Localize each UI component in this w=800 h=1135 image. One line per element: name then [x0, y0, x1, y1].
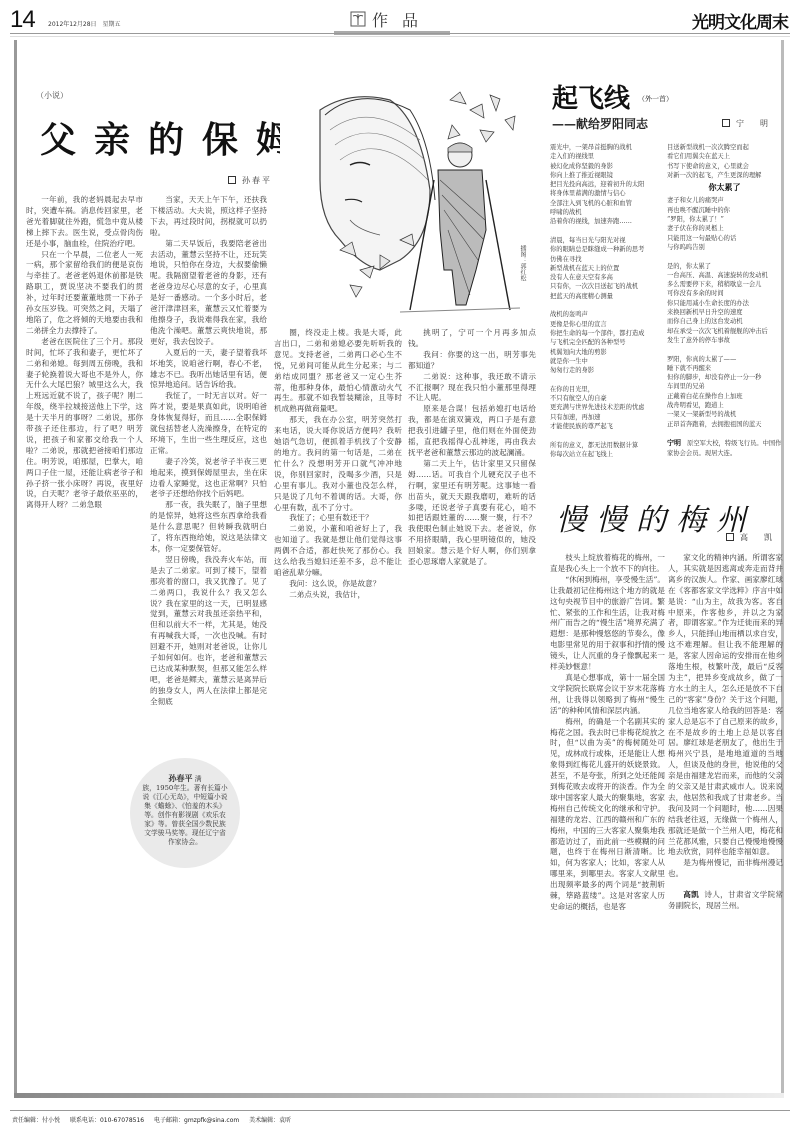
paragraph: 妻子冷笑，说老爷子半夜三更地起来，摸到保姆屋里去，坐在床边看人家睡觉，这也正常啊…	[150, 457, 267, 501]
poem-stanza: 在你的目光里， 不只有航空人的自豪 更充满与世界先进技术差距的忧虑 只有加速，再…	[550, 385, 665, 431]
poem-line: 没有人在意天空有多高	[550, 273, 665, 282]
poem-line: 发生了意外的停车事故	[667, 336, 782, 345]
poem-line: 妻子伏在你的灵柩上	[667, 224, 782, 233]
poem-line: 战舟明看见，跑道上	[667, 401, 782, 410]
section-title: 作品	[372, 8, 432, 31]
paragraph: 圈，终没走上楼。我是大哥，此言出口，二弟和弟媳必要先听听我的意见。支持老爸，二弟…	[274, 328, 402, 415]
poem-line: 车间里的兄弟	[667, 382, 782, 391]
poem-stanza: 所有的意义，都无法用数据计算 你每次站立在起飞线上	[550, 441, 665, 460]
poem-bio-name: 宁明	[667, 438, 681, 447]
story-author: 孙春平	[242, 176, 272, 185]
poem-stanza: 战机的轰鸣声 更像是你心里的宣言 你把生命的每一个部件，都打造成 与飞机完全匹配…	[550, 310, 665, 375]
paragraph: 我怔了，一时无言以对。好一阵才说，要是果真如此，说明咱爸身体恢复得好，而且……全…	[150, 391, 267, 456]
illustration-credit: 插图：郭红松	[518, 245, 527, 281]
paragraph: 原来是合谋！包括弟媳打电话给我，都是在演双簧戏，两口子是有意把我引进罐子里，他们…	[408, 404, 536, 459]
page-footer: 责任编辑：付小悦 联系电话：010-67078516 电子邮箱：gmzpfk@s…	[12, 1115, 299, 1124]
header-divider-light	[10, 36, 790, 37]
poem-line: 把蓝天的高度精心测量	[550, 292, 665, 301]
poem-line: 更充满与世界先进技术差距的忧虑	[550, 403, 665, 412]
newspaper-name: 光明文化周末	[692, 8, 788, 33]
essay-author: 高 凯	[740, 533, 776, 542]
poem-author: 宁 明	[736, 119, 772, 128]
poem-line: 你只能用减小生命长度的办法	[667, 299, 782, 308]
poem-column-right: 目送新型战机一次次腾空而起 看它们用翼尖在蓝天上 书写下使命的意义，心里就会 对…	[667, 143, 782, 458]
essay-bio-name: 高凯	[683, 890, 699, 899]
poem-stanza: 震光中，一架昂首挺胸的战机 走入们的视线里 被幻化成你坚毅的身影 你向上推了推近…	[550, 143, 665, 227]
poem-line: 将身体里蓄满的激情与信心	[550, 189, 665, 198]
poem-line: 对新一次的起飞，产生更深的理解	[667, 171, 782, 180]
book-logo-icon	[350, 10, 366, 28]
story-column-1: 一年前，我的老妈晨起去早市时，突遭车祸。消息传回家里，老爸光着脚就往外跑，慌急中…	[26, 195, 143, 1075]
poem-line: 在你的目光里，	[550, 385, 665, 394]
poem-line: 罗阳，你真的太累了——	[667, 355, 782, 364]
frame-bottom-bar	[14, 1093, 784, 1098]
byline-box-icon	[228, 176, 236, 184]
poem-line: 只能用这一句最贴心的话	[667, 234, 782, 243]
story-column-4: 挑明了，宁可一个月再多加点钱。 我问：你要的这一出，明芳事先都知道？ 二弟说：这…	[408, 328, 536, 1075]
poem-line: 你向上推了推近视眼镜	[550, 171, 665, 180]
story-genre: （小说）	[36, 90, 68, 101]
poem-line: 与你呜呜告别	[667, 243, 782, 252]
poem-line: 就是你一生中	[550, 357, 665, 366]
poem-line: “罗阳，你太累了！”	[667, 215, 782, 224]
poem-line: 你的眼睛总是眯缝成一种新的思考	[550, 245, 665, 254]
paragraph: 我怔了；心里有数还干？	[274, 513, 402, 524]
poem-line: 妻子和女儿的痛哭声	[667, 196, 782, 205]
poem-stanza: 罗阳，你真的太累了—— 睡下就不再醒来 但你的脚步，却没有停止一分一秒 车间里的…	[667, 355, 782, 429]
paragraph: 真是心想事成，第十一届全国文学院院长联席会议于岁末花落梅州，让我得以领略到了梅州…	[550, 673, 665, 717]
paragraph: 挑明了，宁可一个月再多加点钱。	[408, 328, 536, 350]
poem-line: 只有加速，再加速	[550, 413, 665, 422]
poem-line: 呼啸的战机	[550, 208, 665, 217]
story-column-2: 当家，天天上午下午，还扶我下楼活动。大夫说，照这样子坚持下去，再过段时间，拐棍就…	[150, 195, 267, 1075]
issue-date: 2012年12月28日 星期五	[48, 19, 121, 28]
footer-editor: 责任编辑：付小悦	[12, 1117, 60, 1124]
poem-line: 全部注入到飞机的心脏和血管	[550, 199, 665, 208]
author-bio-text: 族，1950年生。著有长篇小说《江心无岛》，中短篇小说集《蟾蜍》、《怕羞的木头》…	[142, 784, 227, 846]
poem-line: 震光中，一架昂首挺胸的战机	[550, 143, 665, 152]
paragraph: 二弟点头说，我估计，	[274, 590, 402, 601]
paragraph: 梅州，的确是一个名副其实的梅花之国。我去时已非梅花绽放之时，但“以曲为美”的梅树…	[550, 717, 665, 913]
poem-line: 一台高压、高温、高速旋转的发动机	[667, 271, 782, 280]
story-column-3: 圈，终没走上楼。我是大哥，此言出口，二弟和弟媳必要先听听我的意见。支持老爸，二弟…	[274, 328, 402, 1075]
paragraph: 只在一个早晨，二位老人一死一病，那个家留给我们的便是哀伤与牵挂了。老爸老妈退休前…	[26, 250, 143, 337]
poem-stanza: 目送新型战机一次次腾空而起 看它们用翼尖在蓝天上 书写下使命的意义，心里就会 对…	[667, 143, 782, 180]
poem-line: 正戴着白花在操作台上加班	[667, 392, 782, 401]
essay-byline: 高 凯	[726, 532, 776, 543]
paragraph: 入夏后的一天，妻子望着我坏坏地笑，说咱爸行啊，春心不老，雄志不已。我听出她话里有…	[150, 348, 267, 392]
poem-line: 而你自己身上的这台发动机	[667, 317, 782, 326]
essay-column-2: 家文化的精神内涵。所谓客家人，其实就是因逃离或奔走而背井离乡的汉族人。作家、画家…	[668, 553, 783, 1078]
story-title: 父亲的保姆	[40, 112, 310, 163]
essay-author-bio: 高凯 诗人，甘肃省文学院常务副院长，现居兰州。	[668, 890, 783, 912]
author-bio-name: 孙春平	[169, 773, 193, 783]
poem-line: 机翼划向大地的剪影	[550, 348, 665, 357]
paragraph: 二弟说，小董和咱爸好上了，我也知道了。我就是想让他们觉得这事两偶不合适，都赶快死…	[274, 524, 402, 579]
paragraph: 枝头上绽放着梅花的梅州，一直是我心头上一个放不下的向往。	[550, 553, 665, 575]
paragraph: 我问：你要的这一出，明芳事先都知道？	[408, 350, 536, 372]
poem-line: 睡下就不再醒来	[667, 364, 782, 373]
page-number: 14	[10, 6, 35, 34]
poem-line: 只有你，一次次目送起飞的战机	[550, 282, 665, 291]
paragraph: 是为梅州慢记，而非梅州漫记也。	[668, 858, 783, 880]
poem-line: 多么需要停下来，稍稍歇息一会儿	[667, 280, 782, 289]
poem-line: 是的，你太累了	[667, 262, 782, 271]
paragraph: 当家，天天上午下午，还扶我下楼活动。大夫说，照这样子坚持下去，再过段时间，拐棍就…	[150, 195, 267, 239]
paragraph: 家文化的精神内涵。所谓客家人，其实就是因逃离或奔走而背井离乡的汉族人。作家、画家…	[668, 553, 783, 858]
poem-title-text: 起飞线	[552, 84, 630, 114]
poem-line: 再也唤不醒沉睡中的你	[667, 206, 782, 215]
poem-line: 仿佛在寻找	[550, 255, 665, 264]
poem-stanza: 清晨，每当日光与阳光对视 你的眼睛总是眯缝成一种新的思考 仿佛在寻找 新型战机在…	[550, 236, 665, 301]
paragraph: 第二天早饭后，我要陪老爸出去活动，董慧云坚持不让，还玩笑地说，只怕你在身边，大叔…	[150, 239, 267, 348]
poem-line: 你每次站立在起飞线上	[550, 450, 665, 459]
header-divider	[10, 33, 790, 34]
poem-line: 战机的轰鸣声	[550, 310, 665, 319]
poem-line: 更像是你心里的宣言	[550, 320, 665, 329]
paragraph: 第二天上午，估计家里又只留保姆……话。可我自个儿硬充汉子也不行啊，家里还有明芳呢…	[408, 459, 536, 568]
poem-line: 被幻化成你坚毅的身影	[550, 162, 665, 171]
poem-line: 不只有航空人的自豪	[550, 394, 665, 403]
paragraph: 老爸在医院住了三个月。那段时间，忙坏了我和妻子，更忙坏了二弟和弟媳。每到周五傍晚…	[26, 337, 143, 512]
poem-line: 来换回新机早日升空的速度	[667, 308, 782, 317]
poem-line: 可你没有多余的时间	[667, 289, 782, 298]
poem-line: 你把生命的每一个部件，都打造成	[550, 329, 665, 338]
poem-title-note: （外一首）	[638, 95, 673, 103]
poem-line: 书写下使命的意义，心里就会	[667, 162, 782, 171]
poem-byline: 宁 明	[722, 118, 772, 129]
byline-box-icon	[726, 533, 734, 541]
poem-line: 匆匆行走的身影	[550, 366, 665, 375]
story-byline: 孙春平	[228, 175, 272, 186]
masthead: 14 2012年12月28日 星期五 作品 光明文化周末	[0, 0, 800, 36]
poem-column-left: 震光中，一架昂首挺胸的战机 走入们的视线里 被幻化成你坚毅的身影 你向上推了推近…	[550, 143, 665, 468]
paragraph: 翌日傍晚，我没奔火车站，而是去了二弟家。可到了楼下，望着那亮着的窗口，我又犹豫了…	[150, 555, 267, 708]
poem-author-bio: 宁明 原空军大校，特级飞行员。中国作家协会会员。现居大连。	[667, 438, 782, 458]
poem-line: 清晨，每当日光与阳光对视	[550, 236, 665, 245]
poem-line: 把目光投向高远，迎着初升的太阳	[550, 180, 665, 189]
paragraph: “休闲到梅州，享受慢生活”。让我最初记住梅州这个地方的就是这句央视节目中的旅游广…	[550, 575, 665, 673]
poem-stanza: 妻子和女儿的痛哭声 再也唤不醒沉睡中的你 “罗阳，你太累了！” 妻子伏在你的灵柩…	[667, 196, 782, 252]
paragraph: 那一夜，我失眠了，脑子里想的是惊异，她将这些东西拿给我看是什么意思呢？但转瞬我就…	[150, 500, 267, 555]
poem-line: 所有的意义，都无法用数据计算	[550, 441, 665, 450]
poem-subtitle: ——献给罗阳同志	[552, 115, 648, 132]
poem-line: 看它们用翼尖在蓝天上	[667, 152, 782, 161]
paragraph: 我问：这么说，你是故意？	[274, 579, 402, 590]
poem-line: 却在承受一次次飞机着舰舰的冲击后	[667, 327, 782, 336]
story-illustration	[280, 70, 530, 320]
poem-line: 与飞机完全匹配的各种型号	[550, 338, 665, 347]
essay-column-1: 枝头上绽放着梅花的梅州，一直是我心头上一个放不下的向往。 “休闲到梅州，享受慢生…	[550, 553, 665, 1078]
poem-bio-text: 原空军大校，特级飞行员。中国作家协会会员。现居大连。	[667, 440, 781, 456]
poem-line: 才能使民族的尊严起飞	[550, 422, 665, 431]
paragraph: 一年前，我的老妈晨起去早市时，突遭车祸。消息传回家里，老爸光着脚就往外跑，慌急中…	[26, 195, 143, 250]
poem-line: 目送新型战机一次次腾空而起	[667, 143, 782, 152]
footer-art-editor: 美术编辑：袁昕	[249, 1117, 291, 1124]
poem-line: 走入们的视线里	[550, 152, 665, 161]
poem-line: 沿着你的视线，加速奔跑……	[550, 217, 665, 226]
poem-line: 正昂首奔跑着，去拥抱祖国的蓝天	[667, 420, 782, 429]
byline-box-icon	[722, 119, 730, 127]
author-bio-circle: 孙春平 满 族，1950年生。著有长篇小说《江心无岛》，中短篇小说集《蟾蜍》、《…	[130, 758, 240, 868]
poem-line: 一架又一架新型号的战机	[667, 410, 782, 419]
paragraph: 那天，我在办公室，明芳突然打来电话，说大哥你说话方便吗？我听她语气急切，便抓着手…	[274, 415, 402, 513]
poem-line: 但你的脚步，却没有停止一分一秒	[667, 373, 782, 382]
author-bio-suffix: 满	[195, 775, 202, 783]
poem-line: 新型战机在蓝天上的位置	[550, 264, 665, 273]
second-poem-title: 你太累了	[667, 183, 782, 192]
footer-email[interactable]: 电子邮箱：gmzpfk@sina.com	[154, 1117, 239, 1124]
poem-stanza: 是的，你太累了 一台高压、高温、高速旋转的发动机 多么需要停下来，稍稍歇息一会儿…	[667, 262, 782, 346]
paragraph: 二弟说：这种事，我还敢不请示不汇报啊？现在我只怕小董那里得理不让人呢。	[408, 372, 536, 405]
poem-title: 起飞线（外一首）	[552, 78, 673, 115]
footer-divider	[10, 1110, 790, 1111]
footer-phone: 联系电话：010-67078516	[70, 1117, 144, 1124]
